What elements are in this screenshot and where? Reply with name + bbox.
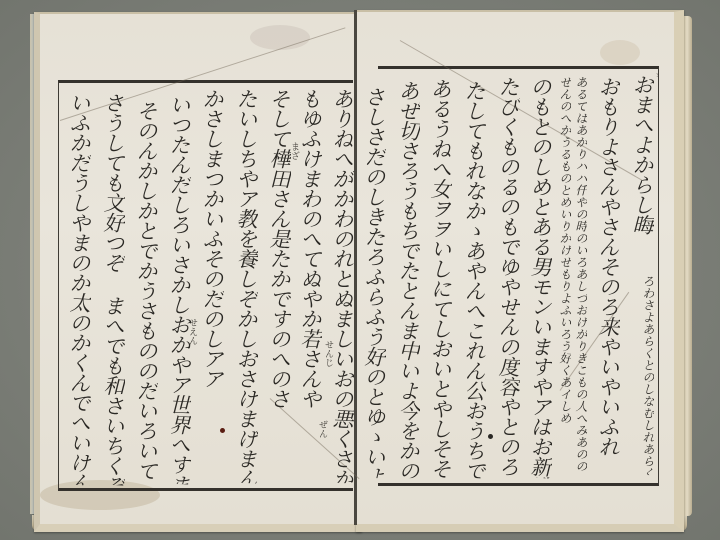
furigana-annotation: ゝ [650,70,663,79]
furigana-annotation: まざ [288,142,301,160]
book-spread: ありねへがかわのれとぬましいおの悪くさかの時 もゆふけまわのへてぬやか若さんや … [0,0,720,540]
text-column: のもとのしめとある男モンいますやアはお新造さんでよろこびア [528,75,552,478]
furigana-annotation: せえん [186,318,199,345]
paper-stain [250,25,310,50]
furigana-annotation: せんじ [322,340,335,367]
text-column: いふかだうしやまのか太のかくんでへいけん [67,91,91,485]
text-column: そのんかしかとでかうさもののだいろいて [134,99,158,485]
text-column: ありねへがかわのれとぬましいおの悪くさかの時 [330,87,354,483]
text-column: かさしまつかいふそのだのしアア [200,87,224,483]
text-column-small: あるてはあかりハハ仟やの時のいろあしづおけがりきこもの人へみあのの [574,76,587,479]
text-column: さうしても文好つぞ まへでも和さいちくぞこ [101,91,125,485]
text-column: いつたんだしろいさかしおかやア世界へすますおさけまは [167,93,191,484]
text-column: おもりよさんやさんそのろ来やいやいふれ [596,75,620,478]
furigana-annotation: ぜん [316,420,329,438]
paper-stain [600,40,640,65]
text-column: あぜ切さろうもちでたとんま中いよ今をかのまで [396,79,420,478]
text-column: さしさだのしきたろふらふう好のとゆゝいよのぐ [362,85,386,478]
book-gutter [354,10,357,525]
text-column-annotation: ろわさよあらくとのしなむしれあらく [641,275,654,476]
text-column: たしてもれなかゝあやんへこれん公おうちでそろしうたちや [462,79,486,478]
red-ink-dot [220,428,225,433]
text-column: たいしちやア教を養しぞかしおさけまげまんな [234,87,258,483]
text-column: たびくものるのもでゆやせんの度容やとのろそま [496,75,520,478]
ink-dot [488,434,493,439]
text-column: おまへよからし晦 [630,73,654,279]
text-column: あるうねへ女ヲヲいしにてしおいとやしそそるは好を [428,77,452,478]
text-column-small: せんのへかうるものとめいりかけせもりよふいろう好くあイしめ [558,76,571,479]
